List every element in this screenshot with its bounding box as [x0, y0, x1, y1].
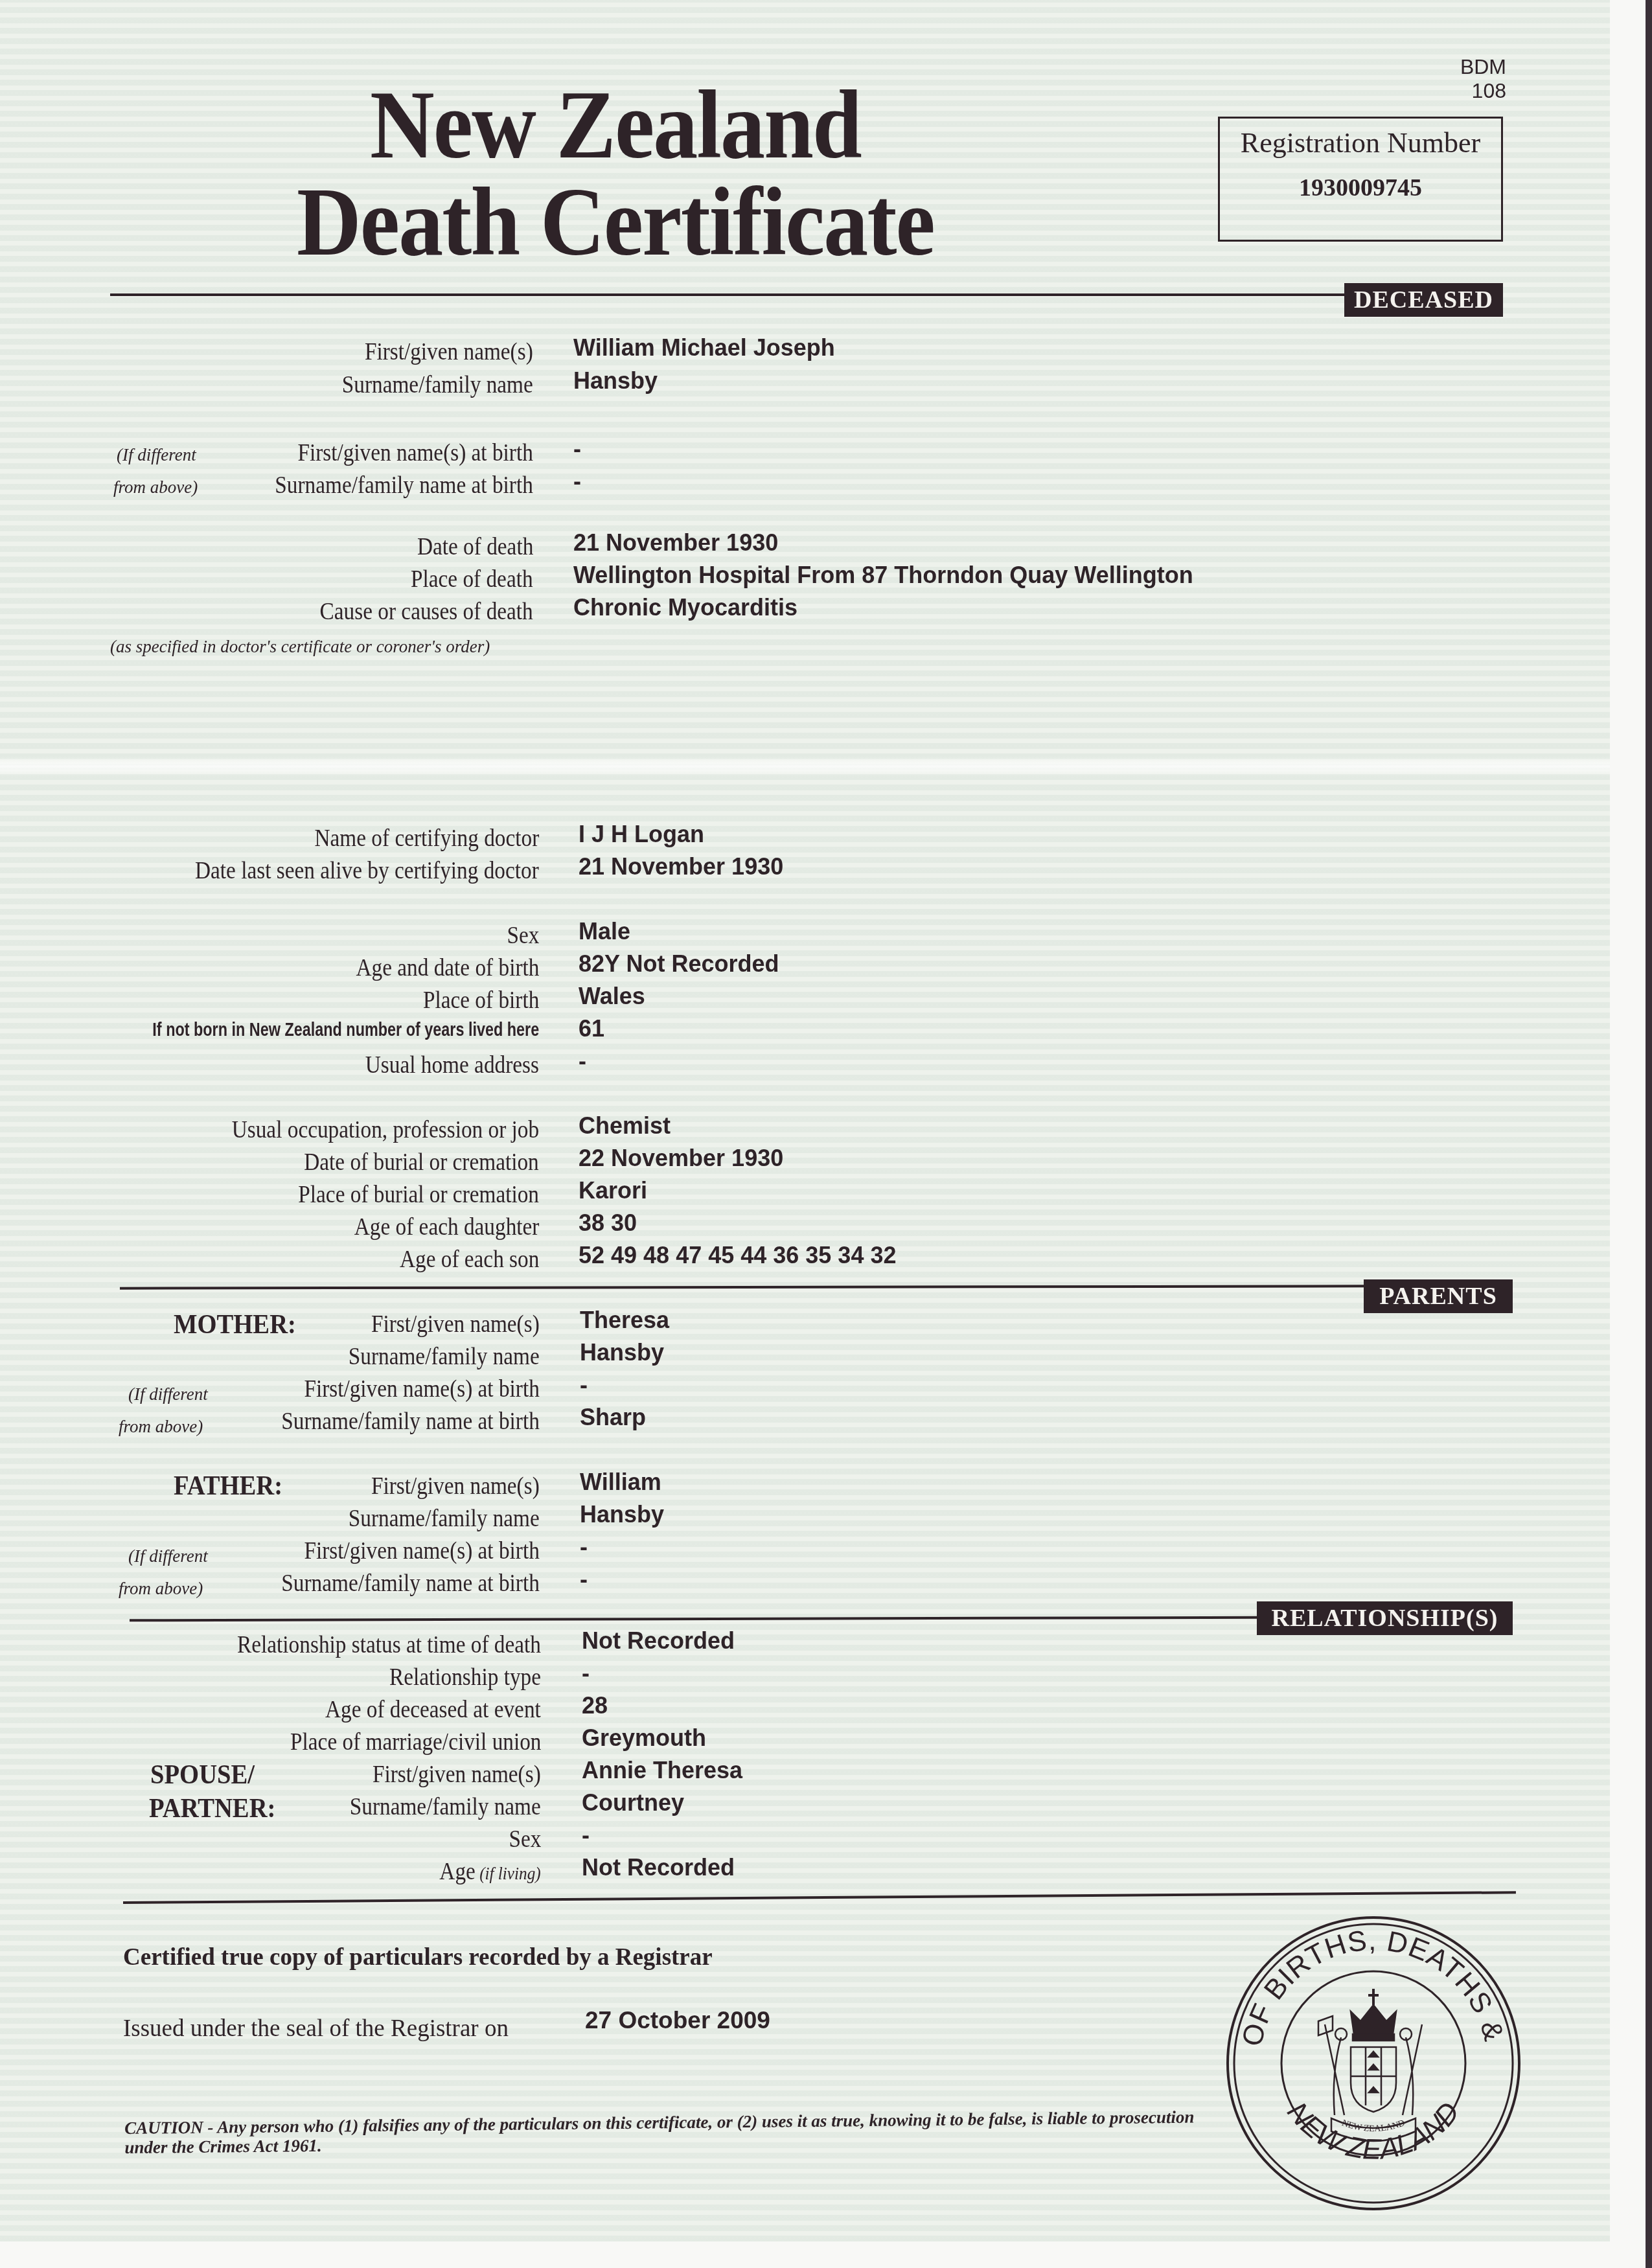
registrar-seal: REGISTRAR OF BIRTHS, DEATHS & MARRIAGES … — [1221, 1911, 1526, 2216]
field-label-text: Name of certifying doctor — [314, 825, 539, 852]
field-label: Sex — [509, 1826, 541, 1853]
field-row: Date of death21 November 1930 — [0, 533, 1555, 566]
field-label-text: Relationship status at time of death — [237, 1632, 541, 1658]
field-label-text: Surname/family name at birth — [281, 1408, 540, 1435]
field-row: Place of burial or cremationKarori — [0, 1181, 1555, 1213]
field-label: Relationship type — [389, 1664, 541, 1691]
field-value: Karori — [579, 1177, 647, 1204]
field-value: 38 30 — [579, 1209, 637, 1237]
issued-date: 27 October 2009 — [585, 2007, 770, 2034]
field-label-text: First/given name(s) — [373, 1761, 541, 1788]
field-row: Surname/family nameHansby — [0, 1343, 1555, 1375]
field-label: Age of each son — [400, 1246, 539, 1274]
scan-margin-right — [1610, 0, 1646, 2268]
field-value: - — [580, 1533, 588, 1561]
field-label-text: Age and date of birth — [356, 955, 539, 981]
field-label-text: Age — [440, 1859, 476, 1885]
field-label-text: First/given name(s) — [371, 1473, 540, 1500]
field-row: Sex- — [0, 1826, 1555, 1858]
field-value: Courtney — [582, 1789, 684, 1816]
if-different-note-line2: from above) — [113, 477, 198, 498]
field-value: - — [579, 1048, 586, 1075]
section-tag-parents: PARENTS — [1364, 1279, 1513, 1313]
field-label-text: Date last seen alive by certifying docto… — [195, 858, 539, 884]
field-label-text: First/given name(s) at birth — [304, 1538, 540, 1564]
field-label: First/given name(s) at birth — [304, 1537, 540, 1565]
field-label: Date of burial or cremation — [304, 1149, 539, 1176]
field-value: I J H Logan — [579, 821, 704, 848]
field-label: Surname/family name at birth — [275, 472, 533, 499]
registration-number-value: 1930009745 — [1220, 174, 1501, 202]
field-row: Surname/family nameHansby — [0, 1505, 1555, 1537]
field-row: Usual home address- — [0, 1051, 1555, 1084]
field-label-text: First/given name(s) at birth — [304, 1376, 540, 1403]
field-value: William Michael Joseph — [573, 334, 835, 361]
field-value: Theresa — [580, 1307, 669, 1334]
field-value: Not Recorded — [582, 1854, 735, 1881]
field-row: Age of each daughter38 30 — [0, 1213, 1555, 1246]
field-label: Date last seen alive by certifying docto… — [195, 857, 539, 885]
field-value: Wales — [579, 983, 645, 1010]
field-label: Relationship status at time of death — [237, 1631, 541, 1659]
field-row: Age (if living)Not Recorded — [0, 1858, 1555, 1890]
field-value: 22 November 1930 — [579, 1145, 783, 1172]
field-label: Date of death — [417, 533, 533, 561]
field-row: Surname/family name at birth- — [0, 1570, 1555, 1602]
field-row: Usual occupation, profession or jobChemi… — [0, 1116, 1555, 1149]
field-row: Surname/family nameHansby — [0, 371, 1555, 404]
field-label: Place of marriage/civil union — [290, 1728, 541, 1756]
field-value: - — [580, 1371, 588, 1399]
field-value: 21 November 1930 — [573, 529, 778, 556]
title-line-2: Death Certificate — [228, 174, 1003, 271]
field-label-text: First/given name(s) — [371, 1311, 540, 1338]
field-value: 82Y Not Recorded — [579, 950, 779, 978]
field-row: Name of certifying doctorI J H Logan — [0, 825, 1555, 857]
field-value: Wellington Hospital From 87 Thorndon Qua… — [573, 562, 1193, 589]
registration-number-label: Registration Number — [1220, 126, 1501, 159]
form-code: BDM 108 — [1425, 55, 1506, 103]
field-label-text: Relationship type — [389, 1664, 541, 1691]
field-value: 52 49 48 47 45 44 36 35 34 32 — [579, 1242, 896, 1269]
field-value: 61 — [579, 1015, 604, 1042]
field-label: Surname/family name at birth — [281, 1408, 540, 1436]
divider-deceased — [110, 293, 1348, 296]
field-row: Place of birthWales — [0, 987, 1555, 1019]
field-label-text: Age of each daughter — [354, 1214, 539, 1241]
field-row: First/given name(s)Theresa — [0, 1311, 1555, 1343]
field-label: First/given name(s) — [365, 338, 533, 366]
field-label-text: Usual home address — [365, 1052, 539, 1079]
field-value: - — [582, 1822, 590, 1849]
section-tag-relationships: RELATIONSHIP(S) — [1257, 1601, 1513, 1635]
registration-number-box: Registration Number 1930009745 — [1218, 117, 1503, 242]
field-row: Surname/family name at birthSharp — [0, 1408, 1555, 1440]
issued-label: Issued under the seal of the Registrar o… — [123, 2015, 509, 2043]
field-label-text: Surname/family name — [350, 1794, 541, 1820]
field-row: First/given name(s) at birth- — [0, 1537, 1555, 1570]
field-row: First/given name(s) at birth- — [0, 439, 1555, 472]
field-value: Hansby — [580, 1339, 664, 1366]
field-row: Surname/family nameCourtney — [0, 1793, 1555, 1826]
field-label-text: Surname/family name at birth — [275, 472, 533, 499]
field-label: Place of burial or cremation — [298, 1181, 539, 1209]
field-value: Male — [579, 918, 630, 945]
field-value: Not Recorded — [582, 1627, 735, 1655]
field-row: First/given name(s)Annie Theresa — [0, 1761, 1555, 1793]
field-value: 28 — [582, 1692, 608, 1719]
field-label: Age of deceased at event — [325, 1696, 541, 1724]
field-label-text: Sex — [507, 922, 539, 949]
field-label-text: Surname/family name at birth — [281, 1570, 540, 1597]
field-value: Greymouth — [582, 1724, 706, 1752]
field-row: Relationship status at time of deathNot … — [0, 1631, 1555, 1664]
certified-statement: Certified true copy of particulars recor… — [123, 1943, 713, 1971]
field-row: Age of deceased at event28 — [0, 1696, 1555, 1728]
field-label-text: First/given name(s) — [365, 339, 533, 365]
field-label: Surname/family name — [349, 1343, 540, 1371]
field-label: First/given name(s) at birth — [298, 439, 533, 467]
field-label: Surname/family name — [342, 371, 533, 399]
field-row: First/given name(s)William Michael Josep… — [0, 338, 1555, 371]
scan-edge-right — [1646, 0, 1652, 2268]
field-value: - — [573, 435, 581, 463]
cause-of-death-note: (as specified in doctor's certificate or… — [110, 637, 490, 657]
field-label: Name of certifying doctor — [314, 825, 539, 853]
field-value: Sharp — [580, 1404, 646, 1431]
field-row: Surname/family name at birth- — [0, 472, 1555, 504]
field-label: First/given name(s) — [371, 1311, 540, 1338]
field-label-text: Age of deceased at event — [325, 1697, 541, 1723]
field-label: Place of birth — [423, 987, 539, 1014]
field-row: Relationship type- — [0, 1664, 1555, 1696]
field-row: Place of deathWellington Hospital From 8… — [0, 566, 1555, 598]
section-tag-deceased: DECEASED — [1344, 283, 1503, 317]
field-value: - — [573, 468, 581, 495]
field-row: Date last seen alive by certifying docto… — [0, 857, 1555, 889]
if-different-note-line1: (If different — [117, 445, 196, 465]
field-label: First/given name(s) at birth — [304, 1375, 540, 1403]
field-label-text: Place of marriage/civil union — [290, 1729, 541, 1756]
field-label: Surname/family name — [350, 1793, 541, 1821]
field-label: Sex — [507, 922, 539, 950]
field-row: First/given name(s) at birth- — [0, 1375, 1555, 1408]
field-label: If not born in New Zealand number of yea… — [152, 1019, 539, 1041]
field-label-text: Sex — [509, 1826, 541, 1853]
field-row: Age and date of birth82Y Not Recorded — [0, 954, 1555, 987]
field-label-text: Cause or causes of death — [320, 599, 533, 625]
field-label-text: Surname/family name — [349, 1344, 540, 1370]
field-value: 21 November 1930 — [579, 853, 783, 880]
scan-margin-bottom — [0, 2241, 1610, 2268]
field-row: SexMale — [0, 922, 1555, 954]
field-value: Annie Theresa — [582, 1757, 742, 1784]
field-value: - — [582, 1660, 590, 1687]
field-value: William — [580, 1469, 661, 1496]
field-label-text: Place of death — [411, 566, 533, 593]
field-row: If not born in New Zealand number of yea… — [0, 1019, 1555, 1051]
field-label-text: If not born in New Zealand number of yea… — [152, 1019, 539, 1040]
field-label-text: First/given name(s) at birth — [298, 440, 533, 466]
field-label: First/given name(s) — [373, 1761, 541, 1789]
title-line-1: New Zealand — [228, 76, 1003, 174]
field-label-text: Age of each son — [400, 1246, 539, 1273]
field-label: Place of death — [411, 566, 533, 593]
field-label-note: (if living) — [480, 1864, 541, 1884]
field-label: Age (if living) — [440, 1858, 541, 1886]
field-value: Hansby — [580, 1501, 664, 1528]
field-value: Chronic Myocarditis — [573, 594, 797, 621]
field-label-text: Place of burial or cremation — [298, 1182, 539, 1208]
field-row: Cause or causes of deathChronic Myocardi… — [0, 598, 1555, 630]
coat-of-arms-icon — [1318, 1989, 1422, 2141]
field-value: - — [580, 1566, 588, 1593]
field-label: Cause or causes of death — [320, 598, 533, 626]
field-row: First/given name(s)William — [0, 1472, 1555, 1505]
field-label-text: Place of birth — [423, 987, 539, 1014]
field-label-text: Usual occupation, profession or job — [232, 1117, 539, 1143]
field-label-text: Date of burial or cremation — [304, 1149, 539, 1176]
field-label: Usual occupation, profession or job — [232, 1116, 539, 1144]
field-label: Age of each daughter — [354, 1213, 539, 1241]
field-value: Hansby — [573, 367, 658, 395]
field-label-text: Date of death — [417, 534, 533, 560]
field-label: Surname/family name — [349, 1505, 540, 1533]
field-row: Age of each son52 49 48 47 45 44 36 35 3… — [0, 1246, 1555, 1278]
field-label: Age and date of birth — [356, 954, 539, 982]
field-label: Surname/family name at birth — [281, 1570, 540, 1598]
field-label: First/given name(s) — [371, 1472, 540, 1500]
field-label-text: Surname/family name — [349, 1506, 540, 1532]
field-label: Usual home address — [365, 1051, 539, 1079]
field-value: Chemist — [579, 1112, 671, 1140]
field-row: Date of burial or cremation22 November 1… — [0, 1149, 1555, 1181]
field-label-text: Surname/family name — [342, 372, 533, 398]
paper-fold-crease — [0, 757, 1610, 776]
field-row: Place of marriage/civil unionGreymouth — [0, 1728, 1555, 1761]
